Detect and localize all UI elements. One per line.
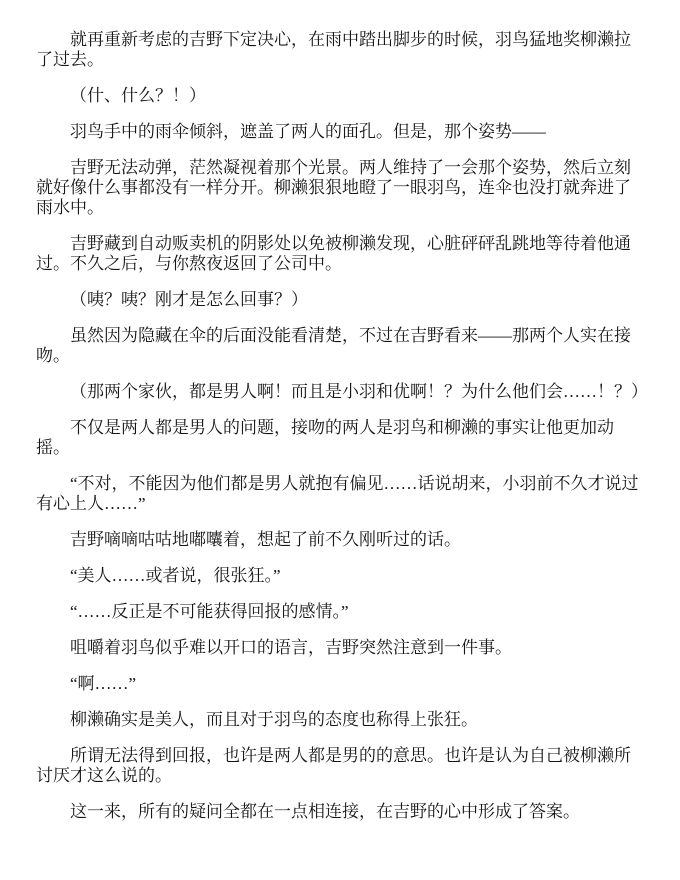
paragraph: “啊……”: [36, 674, 646, 694]
paragraph: 就再重新考虑的吉野下定决心，在雨中踏出脚步的时候，羽鸟猛地奖柳濑拉了过去。: [36, 30, 646, 70]
paragraph: “……反正是不可能获得回报的感情。”: [36, 602, 646, 622]
paragraph: 咀嚼着羽鸟似乎难以开口的语言，吉野突然注意到一件事。: [36, 638, 646, 658]
paragraph: 羽鸟手中的雨伞倾斜，遮盖了两人的面孔。但是，那个姿势——: [36, 122, 646, 142]
paragraph: 不仅是两人都是男人的问题，接吻的两人是羽鸟和柳濑的事实让他更加动摇。: [36, 418, 646, 458]
paragraph: （那两个家伙，都是男人啊！而且是小羽和优啊！？为什么他们会……！？）: [36, 382, 646, 402]
paragraph: （咦？咦？刚才是怎么回事？）: [36, 290, 646, 310]
paragraph: 虽然因为隐藏在伞的后面没能看清楚，不过在吉野看来——那两个人实在接吻。: [36, 326, 646, 366]
paragraph: 这一来，所有的疑问全都在一点相连接，在吉野的心中形成了答案。: [36, 802, 646, 822]
paragraph: （什、什么？！）: [36, 86, 646, 106]
paragraph: 吉野嘀嘀咕咕地嘟囔着，想起了前不久刚听过的话。: [36, 530, 646, 550]
paragraph: 所谓无法得到回报，也许是两人都是男的的意思。也许是认为自己被柳濑所讨厌才这么说的…: [36, 746, 646, 786]
paragraph: 吉野无法动弹，茫然凝视着那个光景。两人维持了一会那个姿势，然后立刻就好像什么事都…: [36, 158, 646, 218]
paragraph: 吉野藏到自动贩卖机的阴影处以免被柳濑发现，心脏砰砰乱跳地等待着他通过。不久之后，…: [36, 234, 646, 274]
paragraph: “不对，不能因为他们都是男人就抱有偏见……话说胡来，小羽前不久才说过有心上人………: [36, 474, 646, 514]
novel-page: 就再重新考虑的吉野下定决心，在雨中踏出脚步的时候，羽鸟猛地奖柳濑拉了过去。 （什…: [0, 0, 680, 880]
paragraph: “美人……或者说，很张狂。”: [36, 566, 646, 586]
paragraph: 柳濑确实是美人，而且对于羽鸟的态度也称得上张狂。: [36, 710, 646, 730]
